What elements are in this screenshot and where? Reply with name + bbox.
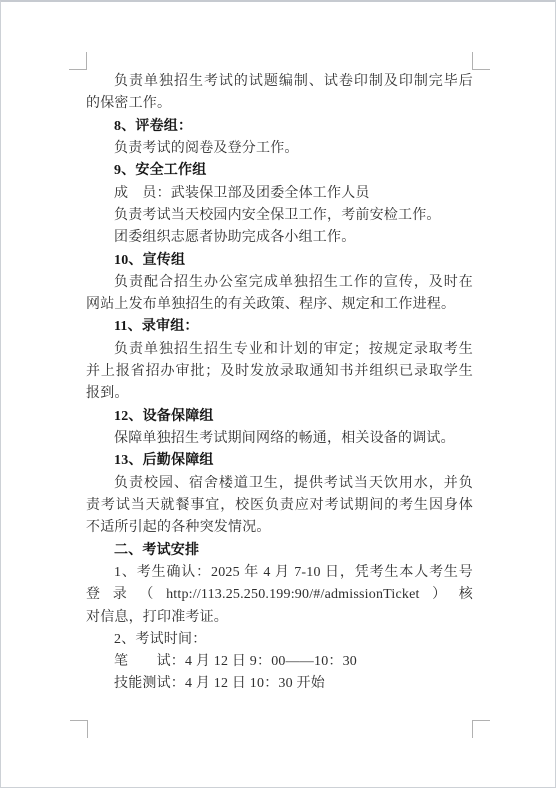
crop-mark-top-right	[472, 52, 490, 70]
text-line: 负责配合招生办公室完成单独招生工作的宣传，及时在	[86, 272, 473, 294]
text-line: 保障单独招生考试期间网络的畅通，相关设备的调试。	[86, 428, 473, 450]
crop-mark-top-left	[69, 52, 87, 70]
heading-line: 10、宣传组	[86, 250, 473, 272]
text-line: 笔 试：4 月 12 日 9：00——10：30	[86, 651, 473, 673]
text-line: 1、考生确认：2025 年 4 月 7-10 日，凭考生本人考生号	[86, 562, 473, 584]
text-line: 登录（http://113.25.250.199:90/#/admissionT…	[86, 584, 473, 606]
heading-line: 9、安全工作组	[86, 160, 473, 182]
document-page: 负责单独招生考试的试题编制、试卷印制及印制完毕后的保密工作。8、评卷组：负责考试…	[0, 0, 556, 788]
text-line: 负责校园、宿舍楼道卫生，提供考试当天饮用水，并负	[86, 473, 473, 495]
document-lines: 负责单独招生考试的试题编制、试卷印制及印制完毕后的保密工作。8、评卷组：负责考试…	[86, 71, 473, 696]
heading-line: 二、考试安排	[86, 540, 473, 562]
text-line: 负责单独招生招生专业和计划的审定；按规定录取考生	[86, 339, 473, 361]
heading-line: 8、评卷组：	[86, 116, 473, 138]
text-line: 成 员：武装保卫部及团委全体工作人员	[86, 183, 473, 205]
text-line: 负责单独招生考试的试题编制、试卷印制及印制完毕后	[86, 71, 473, 93]
text-line: 报到。	[86, 383, 473, 405]
text-line: 技能测试：4 月 12 日 10：30 开始	[86, 673, 473, 695]
text-line: 网站上发布单独招生的有关政策、程序、规定和工作进程。	[86, 294, 473, 316]
text-line: 2、考试时间：	[86, 629, 473, 651]
heading-line: 11、录审组：	[86, 316, 473, 338]
heading-line: 12、设备保障组	[86, 406, 473, 428]
crop-mark-bottom-right	[472, 720, 490, 738]
text-line: 负责考试的阅卷及登分工作。	[86, 138, 473, 160]
text-line: 的保密工作。	[86, 93, 473, 115]
crop-mark-bottom-left	[70, 720, 88, 738]
text-line: 责考试当天就餐事宜，校医负责应对考试期间的考生因身体	[86, 495, 473, 517]
text-line: 团委组织志愿者协助完成各小组工作。	[86, 227, 473, 249]
text-line: 负责考试当天校园内安全保卫工作，考前安检工作。	[86, 205, 473, 227]
text-line: 不适所引起的各种突发情况。	[86, 517, 473, 539]
text-line: 并上报省招办审批；及时发放录取通知书并组织已录取学生	[86, 361, 473, 383]
text-line: 对信息，打印准考证。	[86, 607, 473, 629]
heading-line: 13、后勤保障组	[86, 450, 473, 472]
